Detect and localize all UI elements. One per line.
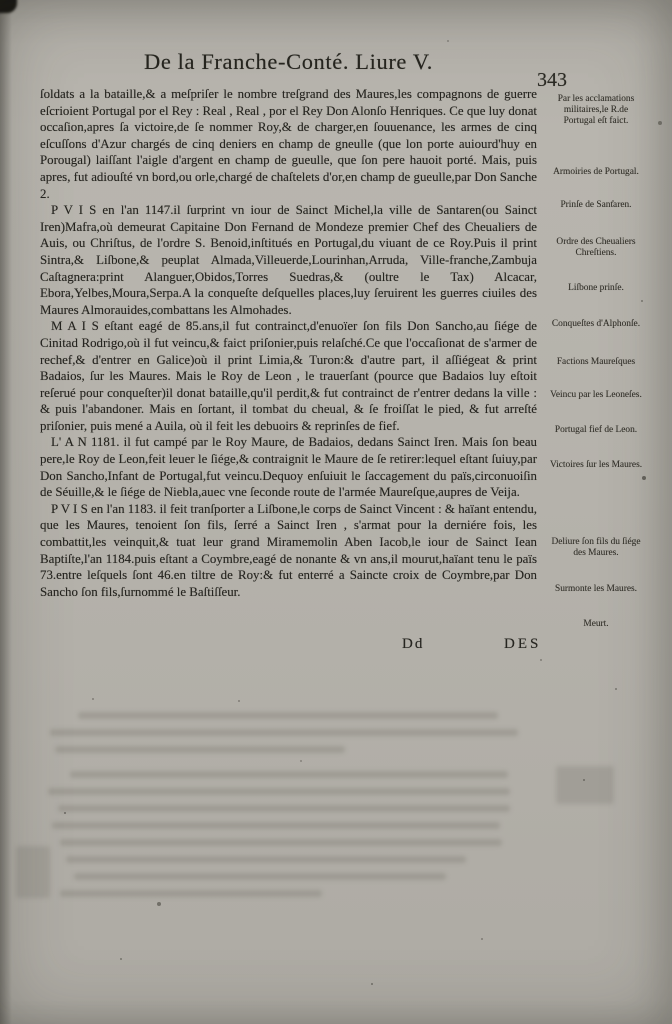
margin-note-armoiries: Armoiries de Portugal. [548,167,644,178]
bleed-through-line [48,788,510,795]
margin-note-victoires: Victoires ſur les Maures. [548,460,644,471]
margin-note-conquestes: Conqueſtes d'Alphonſe. [548,319,644,330]
catchword: DES [504,636,541,653]
bleed-through-line [70,771,508,778]
bleed-through-margin-note [16,846,50,898]
margin-note-fief-de-leon: Portugal fief de Leon. [548,425,644,436]
bleed-through-line [60,839,502,846]
running-title: De la Franche-Conté. Liure V. [40,49,537,75]
page-number: 343 [537,69,567,92]
signature-mark: Dd [402,636,424,653]
paragraph-soldats: ſoldats a la bataille,& a meſpriſer le n… [40,86,537,202]
scan-corner-artifact [0,0,17,13]
bleed-through-line [74,873,446,880]
scanned-book-page: De la Franche-Conté. Liure V. 343 ſoldat… [0,0,672,1024]
margin-note-factions: Factions Maureſques [548,357,644,368]
paragraph-mais-85-ans: M A I S eſtant eagé de 85.ans,il fut con… [40,318,537,434]
margin-note-deliure-fils: Deliure ſon fils du ſiége des Maures. [548,537,644,559]
paragraph-an-1181: L' A N 1181. il fut campé par le Roy Mau… [40,434,537,500]
bleed-through-line [58,805,510,812]
bleed-through-line [55,746,345,753]
paragraph-1183-lisbone: P V I S en l'an 1183. il feit tranſporte… [40,501,537,601]
bleed-through-line [60,890,322,897]
bleed-through-line [52,822,500,829]
bleed-through-margin-note [556,766,614,804]
paragraph-1147-santaren: P V I S en l'an 1147.il ſurprint vn iour… [40,202,537,318]
margin-note-acclamations: Par les acclamations militaires,le R.de … [548,94,644,127]
bleed-through-line [66,856,466,863]
bleed-through-line [50,729,518,736]
gutter-shadow [0,0,12,1024]
margin-note-meurt: Meurt. [548,619,644,630]
margin-note-lisbone-prinse: Liſbone prinſe. [548,283,644,294]
margin-note-prinse-santaren: Prinſe de Santaren. [548,200,644,211]
margin-note-ordre-cheualiers: Ordre des Cheualiers Chreſtiens. [548,237,644,259]
margin-note-surmonte: Surmonte les Maures. [548,584,644,595]
margin-note-veincu: Veincu par les Leoneſes. [548,390,644,401]
bleed-through-line [78,712,498,719]
body-text: ſoldats a la bataille,& a meſpriſer le n… [40,86,537,600]
